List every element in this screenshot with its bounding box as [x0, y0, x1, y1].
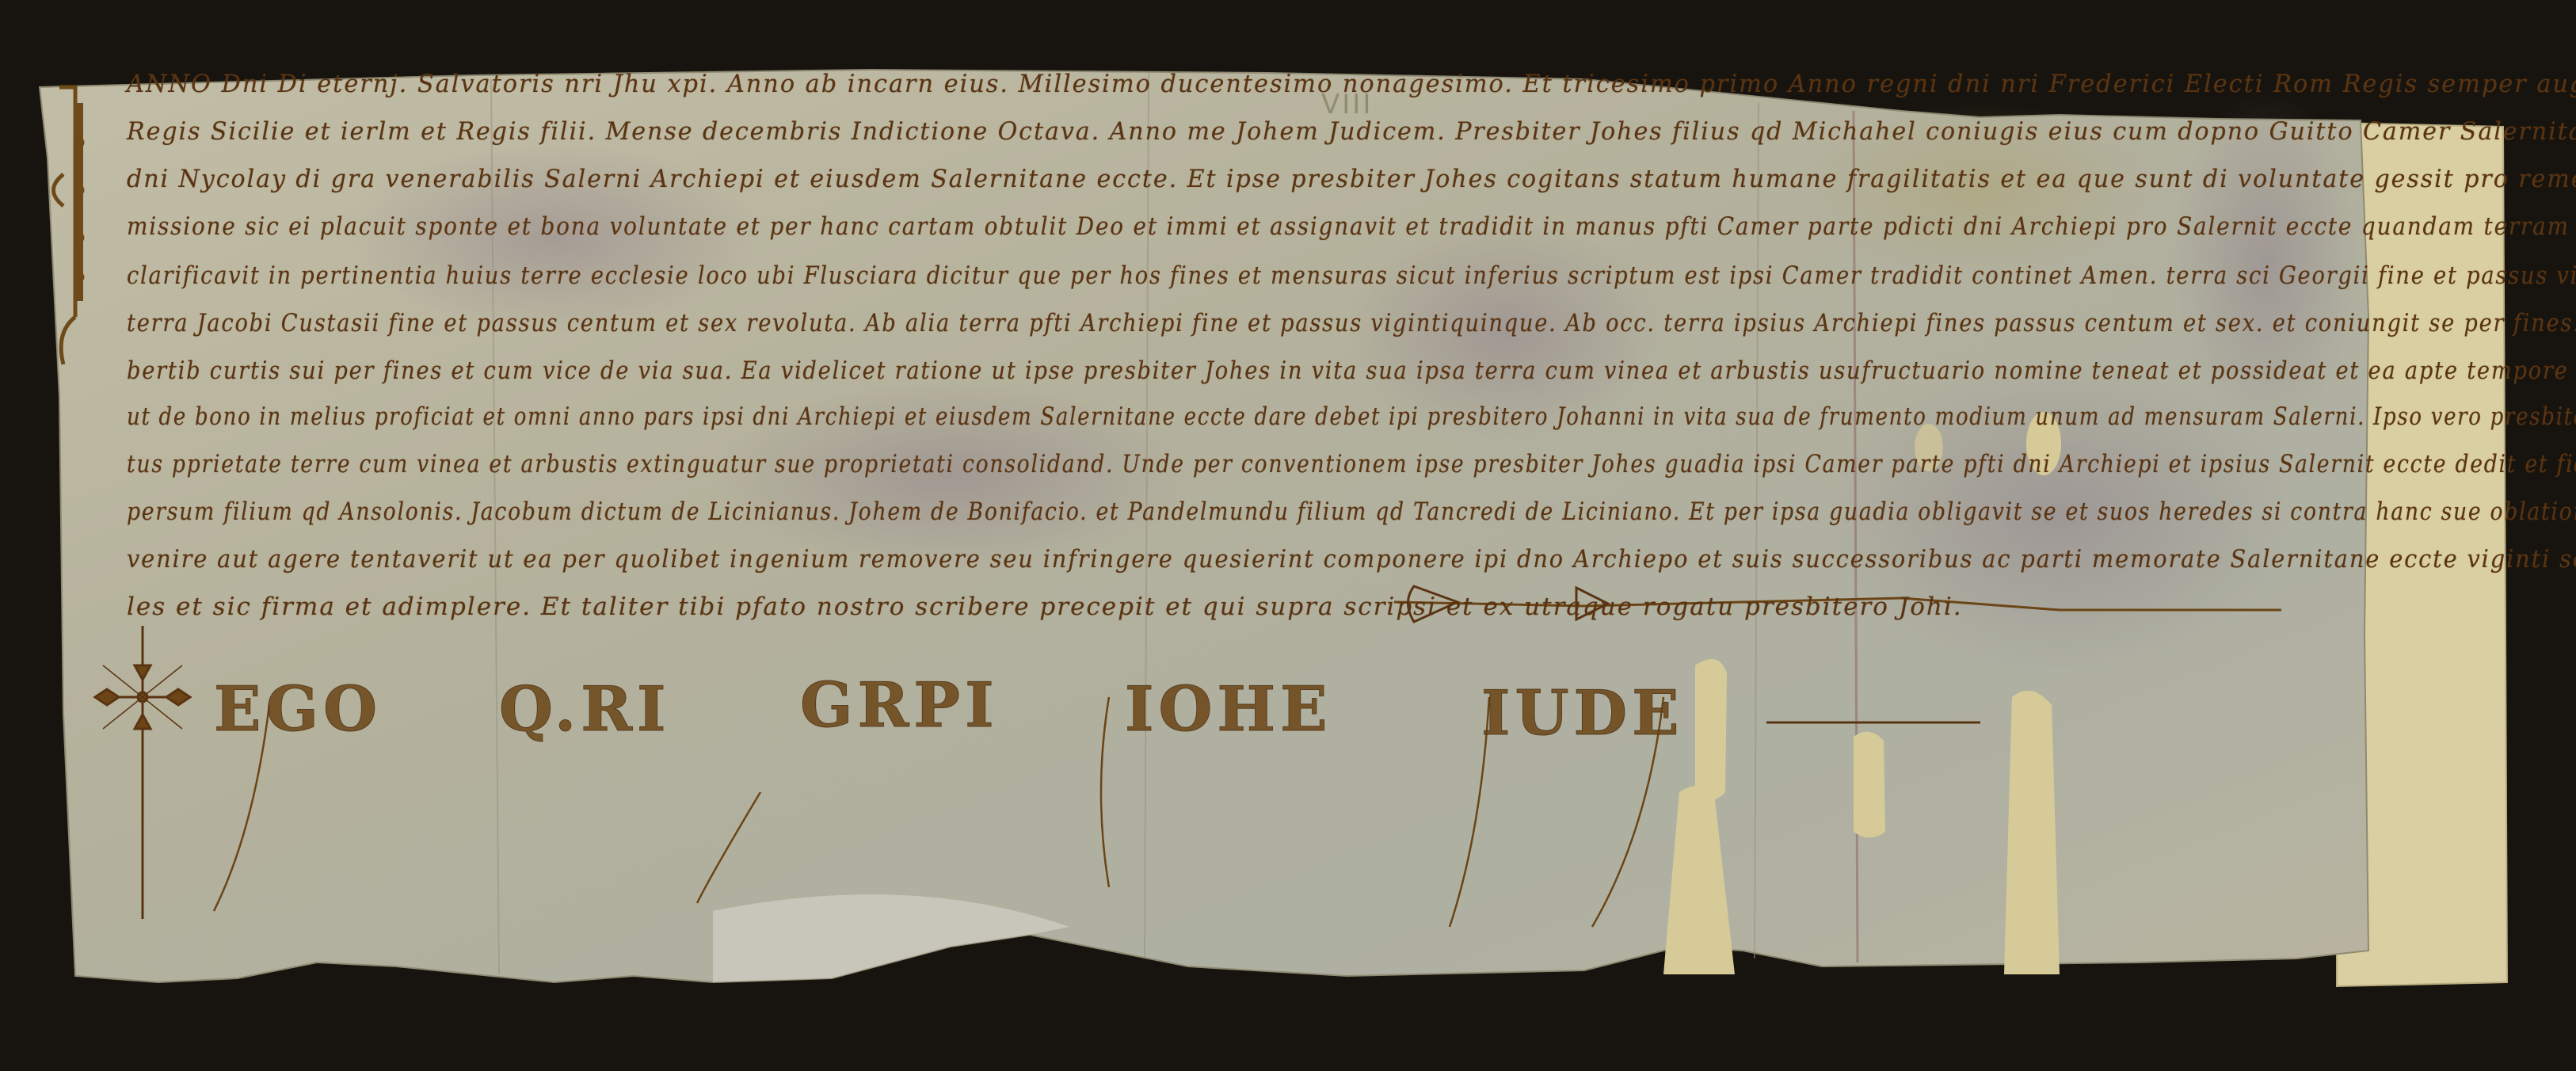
text-line-3: dni Nycolay di gra venerabilis Salerni A… — [127, 165, 2576, 193]
signature-monogram-4: IOHE — [1125, 673, 1332, 745]
text-line-4: missione sic ei placuit sponte et bona v… — [127, 212, 2576, 241]
text-line-11: venire aut agere tentaverit ut ea per qu… — [127, 545, 2576, 574]
text-line-1: ANNO Dni Di eternj. Salvatoris nri Jhu x… — [127, 70, 2576, 98]
signature-monogram-5: IUDE — [1481, 677, 1684, 749]
text-line-12: les et sic firma et adimplere. Et talite… — [127, 593, 1963, 621]
text-line-2: Regis Sicilie et ierlm et Regis filii. M… — [127, 117, 2576, 146]
signature-monogram-3: GRPI — [800, 669, 999, 741]
witness-signatures: EGO Q.RI GRPI IOHE IUDE — [0, 618, 2576, 1014]
signature-monogram-2: Q.RI — [499, 673, 671, 745]
text-line-8: ut de bono in melius proficiat et omni a… — [127, 402, 2576, 431]
signature-monogram-1: EGO — [214, 673, 382, 745]
text-line-6: terra Jacobi Custasii fine et passus cen… — [127, 309, 2576, 337]
text-line-5: clarificavit in pertinentia huius terre … — [127, 261, 2576, 290]
text-line-7: bertib curtis sui per fines et cum vice … — [127, 356, 2576, 385]
text-line-10: persum filium qd Ansolonis. Jacobum dict… — [127, 497, 2576, 526]
text-line-9: tus pprietate terre cum vinea et arbusti… — [127, 450, 2576, 478]
document-scan: VIII ANNO Dni Di eternj. Salvatoris nri … — [0, 0, 2576, 1071]
